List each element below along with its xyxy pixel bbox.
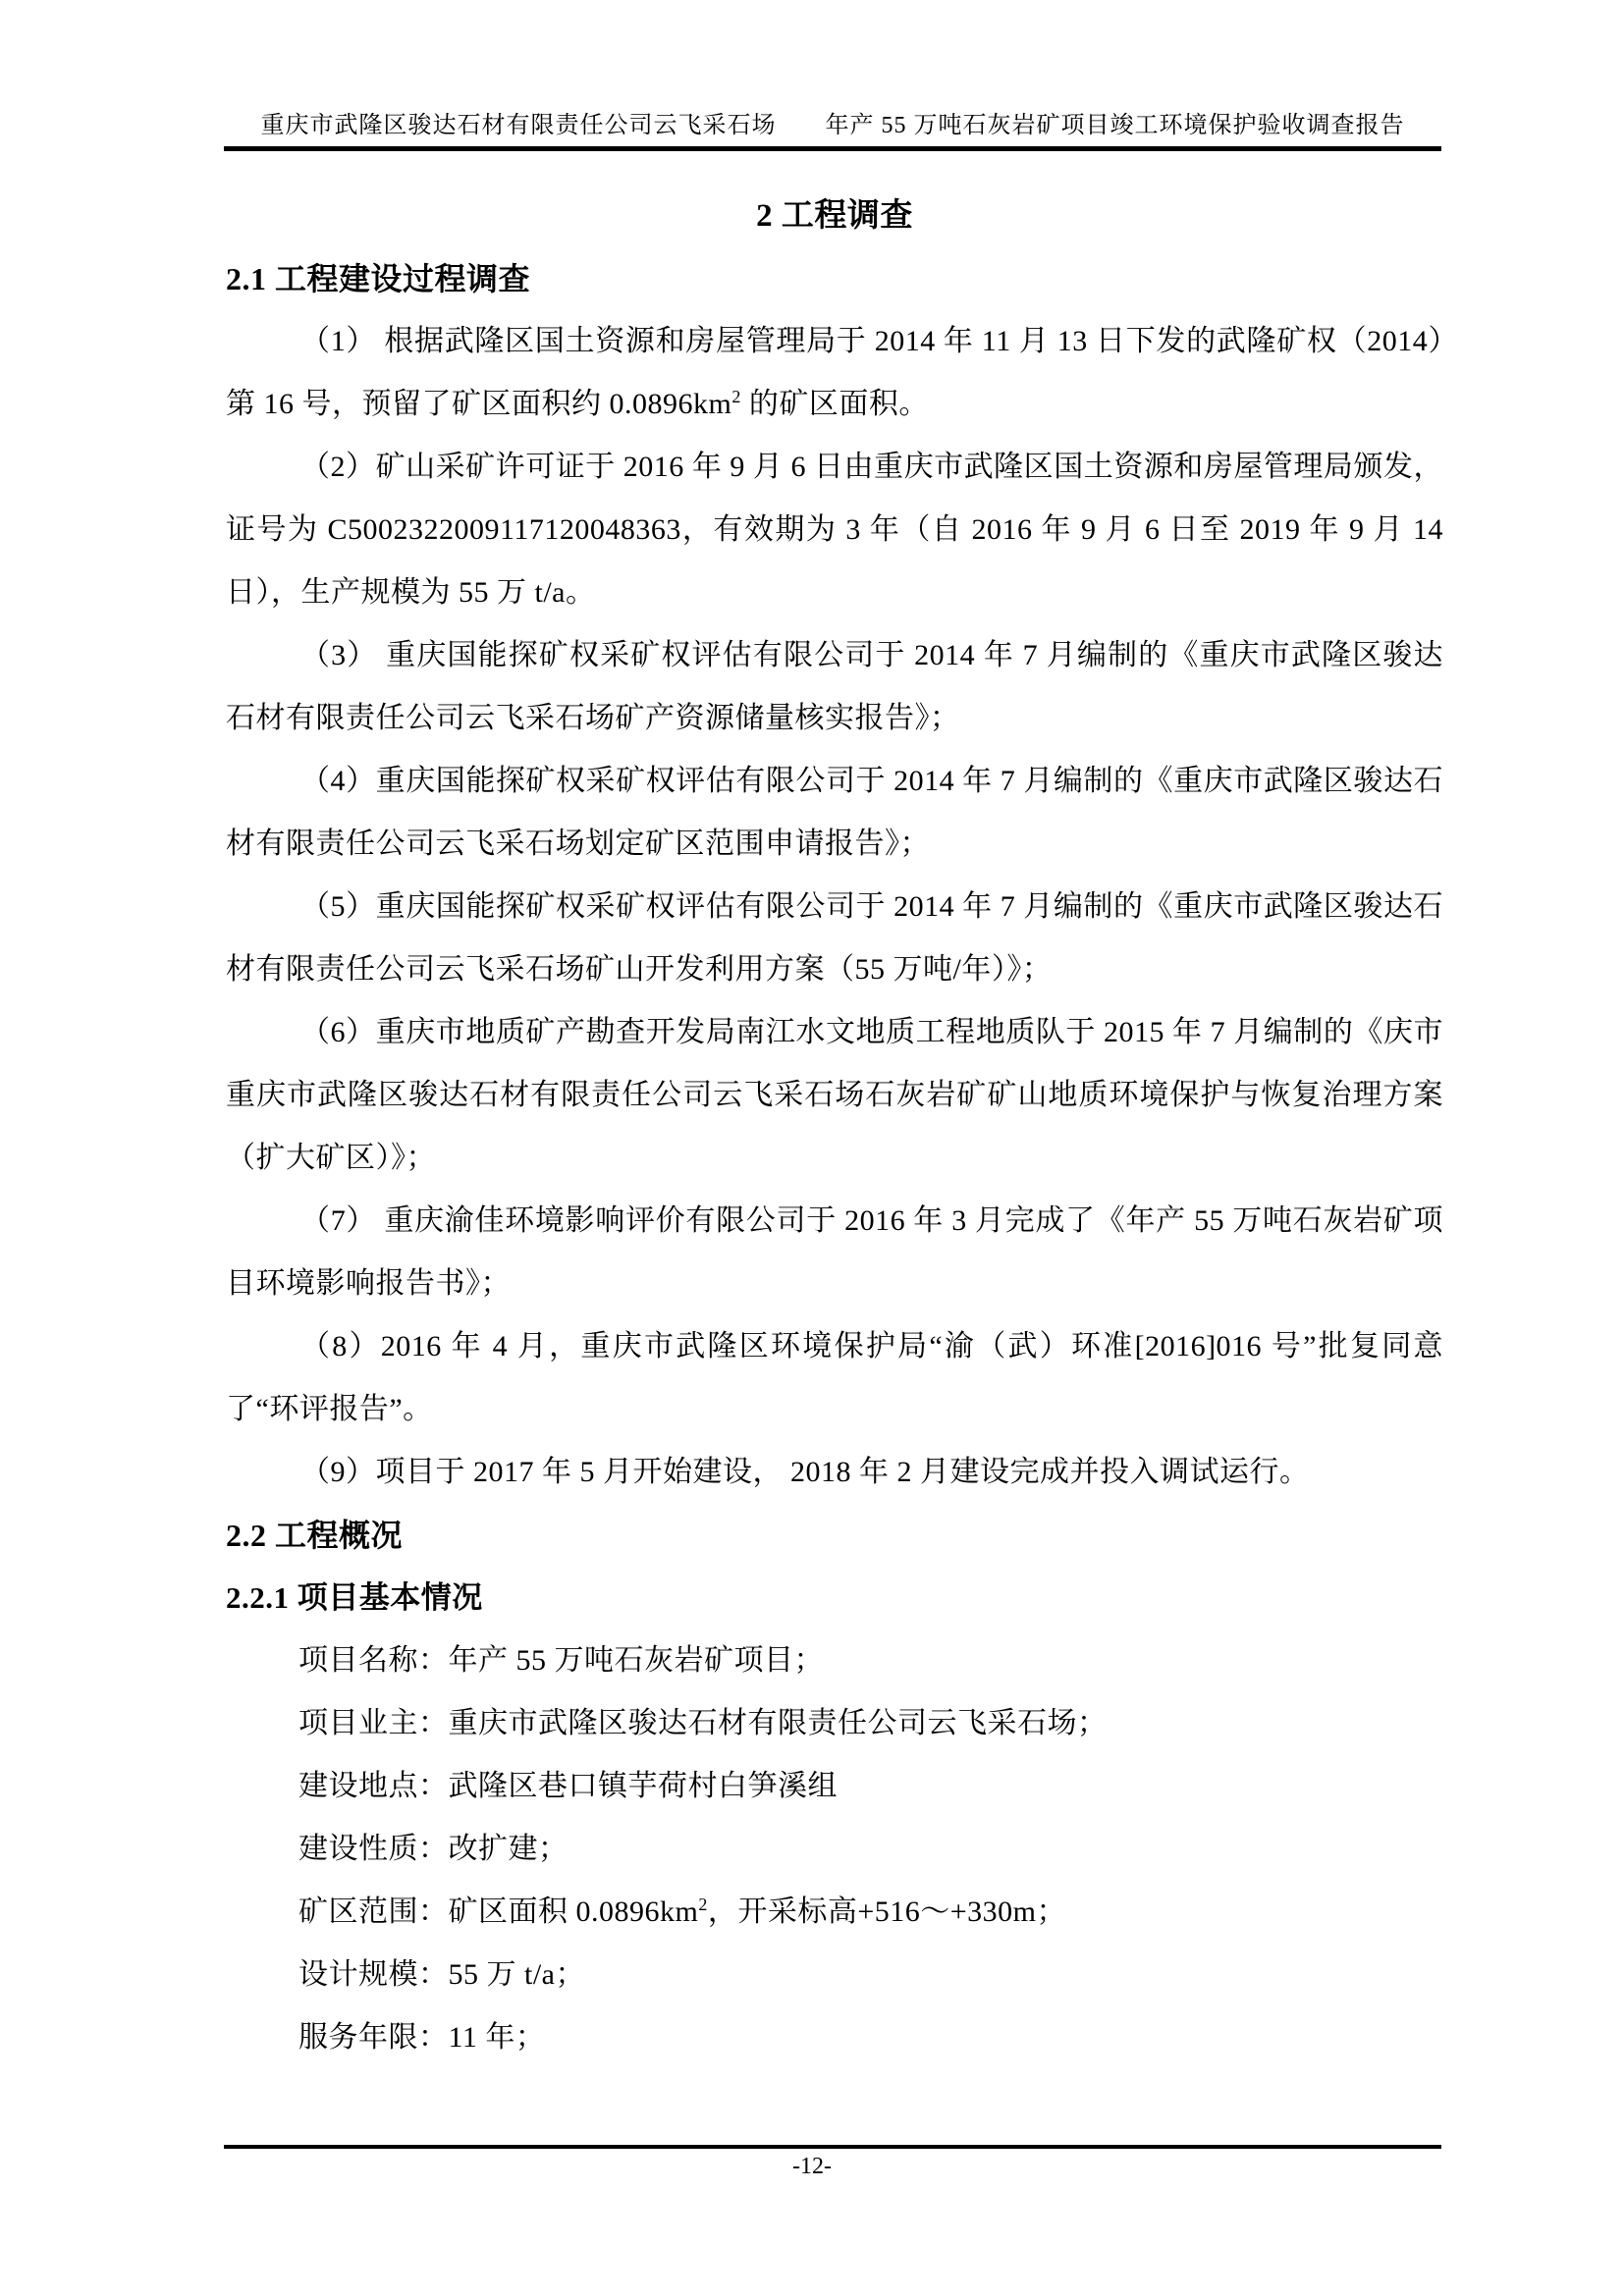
page-header: 重庆市武隆区骏达石材有限责任公司云飞采石场 年产 55 万吨石灰岩矿项目竣工环境… — [224, 110, 1441, 151]
text-run: （4）重庆国能探矿权采矿权评估有限公司于 2014 年 7 月编制的《重庆市武隆… — [226, 765, 1443, 860]
text-run: 矿区范围：矿区面积 0.0896km — [298, 1896, 698, 1928]
superscript-text: 2 — [698, 1895, 708, 1914]
paragraph-6: （6）重庆市地质矿产勘查开发局南江水文地质工程地质队于 2015 年 7 月编制… — [226, 1001, 1443, 1190]
heading-2-2: 2.2 工程概况 — [226, 1504, 1443, 1567]
text-run: 2 工程调查 — [756, 198, 913, 234]
page-number: -12- — [0, 2152, 1624, 2181]
paragraph-2: （2）矿山采矿许可证于 2016 年 9 月 6 日由重庆市武隆区国土资源和房屋… — [226, 436, 1443, 624]
item-project-name: 项目名称：年产 55 万吨石灰岩矿项目； — [226, 1629, 1443, 1692]
paragraph-5: （5）重庆国能探矿权采矿权评估有限公司于 2014 年 7 月编制的《重庆市武隆… — [226, 876, 1443, 1001]
paragraph-8: （8）2016 年 4 月，重庆市武隆区环境保护局“渝（武）环准[2016]01… — [226, 1315, 1443, 1441]
paragraph-3: （3） 重庆国能探矿权采矿权评估有限公司于 2014 年 7 月编制的《重庆市武… — [226, 624, 1443, 750]
text-run: ，开采标高+516～+330m； — [708, 1896, 1066, 1928]
paragraph-7: （7） 重庆渝佳环境影响评价有限公司于 2016 年 3 月完成了《年产 55 … — [226, 1190, 1443, 1315]
text-run: 设计规模：55 万 t/a； — [298, 1958, 585, 1991]
footer-divider — [224, 2145, 1441, 2149]
text-run: （5）重庆国能探矿权采矿权评估有限公司于 2014 年 7 月编制的《重庆市武隆… — [226, 890, 1443, 986]
paragraph-1: （1） 根据武隆区国土资源和房屋管理局于 2014 年 11 月 13 日下发的… — [226, 310, 1443, 436]
text-run: 2.2.1 项目基本情况 — [226, 1580, 483, 1615]
page-header-title: 重庆市武隆区骏达石材有限责任公司云飞采石场 年产 55 万吨石灰岩矿项目竣工环境… — [261, 113, 1405, 138]
text-run: （2）矿山采矿许可证于 2016 年 9 月 6 日由重庆市武隆区国土资源和房屋… — [226, 451, 1443, 609]
text-run: 项目名称：年产 55 万吨石灰岩矿项目； — [298, 1644, 824, 1677]
paragraph-9: （9）项目于 2017 年 5 月开始建设， 2018 年 2 月建设完成并投入… — [226, 1441, 1443, 1504]
text-run: 服务年限：11 年； — [298, 2021, 545, 2054]
text-run: （9）项目于 2017 年 5 月开始建设， 2018 年 2 月建设完成并投入… — [300, 1456, 1310, 1488]
text-run: 2.2 工程概况 — [226, 1518, 403, 1553]
item-mining-area: 矿区范围：矿区面积 0.0896km2，开采标高+516～+330m； — [226, 1881, 1443, 1944]
text-run: （3） 重庆国能探矿权采矿权评估有限公司于 2014 年 7 月编制的《重庆市武… — [226, 639, 1443, 734]
item-design-scale: 设计规模：55 万 t/a； — [226, 1944, 1443, 2006]
document-body: 2 工程调查2.1 工程建设过程调查（1） 根据武隆区国土资源和房屋管理局于 2… — [226, 185, 1443, 2069]
paragraph-4: （4）重庆国能探矿权采矿权评估有限公司于 2014 年 7 月编制的《重庆市武隆… — [226, 750, 1443, 876]
section-title: 2 工程调查 — [226, 185, 1443, 247]
item-project-owner: 项目业主：重庆市武隆区骏达石材有限责任公司云飞采石场； — [226, 1692, 1443, 1755]
document-page: 重庆市武隆区骏达石材有限责任公司云飞采石场 年产 55 万吨石灰岩矿项目竣工环境… — [0, 0, 1624, 2296]
superscript-text: 2 — [731, 387, 741, 406]
text-run: （8）2016 年 4 月，重庆市武隆区环境保护局“渝（武）环准[2016]01… — [226, 1330, 1443, 1425]
text-run: 的矿区面积。 — [741, 388, 929, 420]
text-run: 建设地点：武隆区巷口镇芋荷村白笋溪组 — [298, 1770, 838, 1802]
text-run: 2.1 工程建设过程调查 — [226, 261, 530, 296]
text-run: （6）重庆市地质矿产勘查开发局南江水文地质工程地质队于 2015 年 7 月编制… — [226, 1016, 1443, 1174]
item-construction-nature: 建设性质：改扩建； — [226, 1818, 1443, 1881]
text-run: （7） 重庆渝佳环境影响评价有限公司于 2016 年 3 月完成了《年产 55 … — [226, 1204, 1443, 1300]
text-run: 项目业主：重庆市武隆区骏达石材有限责任公司云飞采石场； — [298, 1707, 1108, 1739]
heading-2-2-1: 2.2.1 项目基本情况 — [226, 1567, 1443, 1629]
item-construction-site: 建设地点：武隆区巷口镇芋荷村白笋溪组 — [226, 1755, 1443, 1818]
item-service-life: 服务年限：11 年； — [226, 2006, 1443, 2069]
text-run: 建设性质：改扩建； — [298, 1833, 568, 1865]
heading-2-1: 2.1 工程建设过程调查 — [226, 247, 1443, 310]
